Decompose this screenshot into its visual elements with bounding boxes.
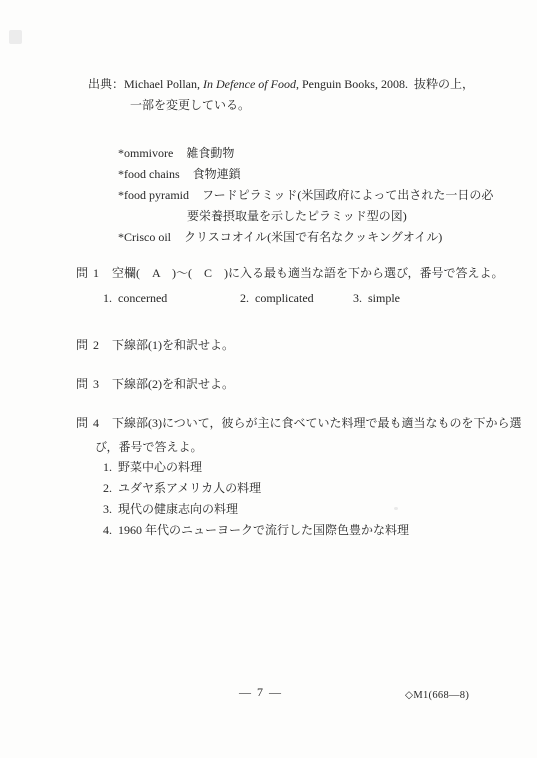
- book-title: In Defence of Food: [203, 77, 296, 91]
- question-4-choices: 1. 野菜中心の料理 2. ユダヤ系アメリカ人の料理 3. 現代の健康志向の料理…: [103, 457, 409, 541]
- glossary-definition: 雑食動物: [186, 146, 234, 160]
- choice: 1. 野菜中心の料理: [103, 457, 409, 478]
- source-prefix: 出典：Michael Pollan,: [88, 77, 203, 91]
- glossary: *ommivore雑食動物 *food chains食物連鎖 *food pyr…: [118, 143, 493, 248]
- question-2-text: 下線部(1)を和訳せよ。: [112, 338, 234, 352]
- question-2-label: 問 2: [76, 338, 100, 352]
- choice: 2. complicated: [240, 288, 353, 309]
- question-3: 問 3下線部(2)を和訳せよ。: [76, 374, 234, 395]
- question-3-text: 下線部(2)を和訳せよ。: [112, 377, 234, 391]
- question-3-label: 問 3: [76, 377, 100, 391]
- question-2: 問 2下線部(1)を和訳せよ。: [76, 335, 234, 356]
- glossary-definition: フードピラミッド(米国政府によって出された一日の必: [202, 188, 493, 202]
- exam-page: 出典：Michael Pollan, In Defence of Food, P…: [0, 0, 537, 758]
- glossary-item: *food pyramidフードピラミッド(米国政府によって出された一日の必: [118, 185, 493, 206]
- glossary-term: *Crisco oil: [118, 230, 171, 244]
- source-line-2: 一部を変更している。: [88, 95, 474, 116]
- glossary-item: *Crisco oilクリスコオイル(米国で有名なクッキングオイル): [118, 227, 493, 248]
- glossary-term: *food pyramid: [118, 188, 189, 202]
- question-4-text-line2: び，番号で答えよ。: [95, 437, 203, 458]
- question-1: 問 1空欄( A )～( C )に入る最も適当な語を下から選び，番号で答えよ。: [76, 263, 504, 284]
- question-1-text: 空欄( A )～( C )に入る最も適当な語を下から選び，番号で答えよ。: [112, 266, 504, 280]
- glossary-definition-continued: 要栄養摂取量を示したピラミッド型の図): [118, 206, 493, 227]
- glossary-definition: 食物連鎖: [193, 167, 241, 181]
- question-1-choices: 1. concerned2. complicated3. simple: [103, 288, 400, 309]
- choice: 1. concerned: [103, 288, 240, 309]
- scan-artifact: [9, 30, 22, 44]
- glossary-item: *ommivore雑食動物: [118, 143, 493, 164]
- page-number: — 7 —: [190, 682, 330, 703]
- question-4: 問 4下線部(3)について，彼らが主に食べていた料理で最も適当なものを下から選: [76, 413, 522, 434]
- glossary-term: *ommivore: [118, 146, 173, 160]
- choice: 3. simple: [353, 291, 400, 305]
- choice: 3. 現代の健康志向の料理: [103, 499, 409, 520]
- question-1-label: 問 1: [76, 266, 100, 280]
- source-citation: 出典：Michael Pollan, In Defence of Food, P…: [88, 74, 474, 116]
- question-4-label: 問 4: [76, 416, 100, 430]
- glossary-item: *food chains食物連鎖: [118, 164, 493, 185]
- question-4-text-line1: 下線部(3)について，彼らが主に食べていた料理で最も適当なものを下から選: [112, 416, 522, 430]
- choice: 4. 1960 年代のニューヨークで流行した国際色豊かな料理: [103, 520, 409, 541]
- source-line-1: 出典：Michael Pollan, In Defence of Food, P…: [88, 74, 474, 95]
- glossary-term: *food chains: [118, 167, 180, 181]
- choice: 2. ユダヤ系アメリカ人の料理: [103, 478, 409, 499]
- glossary-definition: クリスコオイル(米国で有名なクッキングオイル): [184, 230, 442, 244]
- source-suffix: , Penguin Books, 2008. 抜粋の上，: [296, 77, 474, 91]
- print-code: ◇M1(668—8): [405, 685, 469, 706]
